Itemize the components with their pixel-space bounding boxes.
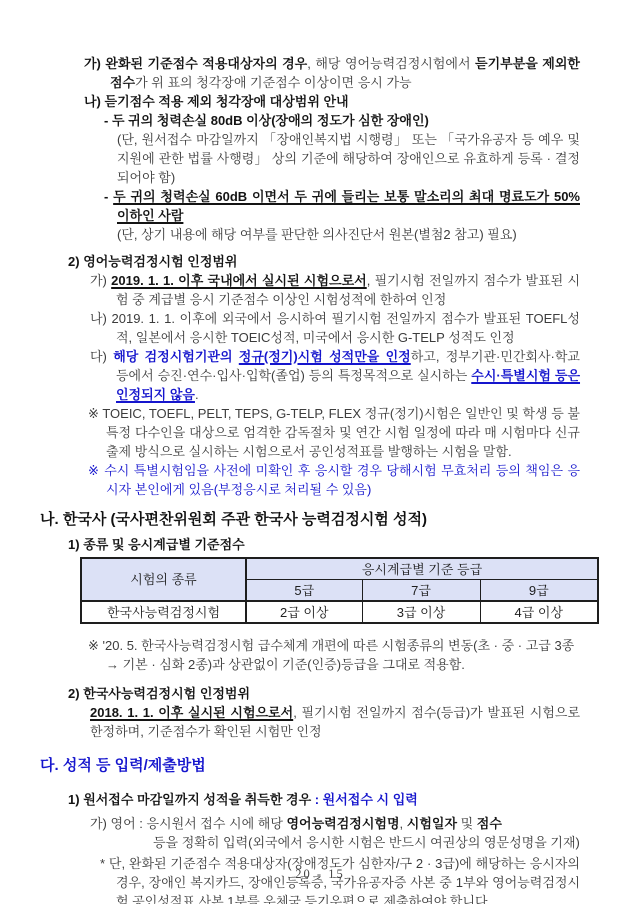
bold-underline-text: 두 귀의 청력손실 60dB 이면서 두 귀에 들리는 보통 말소리의 최대 명… (113, 189, 580, 223)
text: 가 위 표의 청각장애 기준점수 이상이면 응시 가능 (135, 75, 411, 90)
blue-text: 수시 특별시험임을 사전에 미확인 후 응시할 경우 당해시험 무효처리 등의 … (104, 463, 580, 497)
grade-table: 시험의 종류 응시계급별 기준 등급 5급 7급 9급 한국사능력검정시험 2급… (80, 557, 599, 624)
section-submit-title: 다. 성적 등 입력/제출방법 (40, 755, 640, 776)
marker: 가) (90, 816, 107, 831)
item-2-ga: 가) 2019. 1. 1. 이후 국내에서 실시된 시험으로서, 필기시험 전… (90, 271, 640, 309)
reference-mark-icon: ※ (88, 463, 100, 478)
item-na-hearing-range-title: 나) 듣기점수 적용 제외 청각장애 대상범위 안내 (84, 92, 640, 111)
dash-marker: - (104, 189, 108, 204)
table-col1-header: 시험의 종류 (81, 558, 246, 601)
section-2-title: 2) 영어능력검정시험 인정범위 (68, 252, 640, 271)
marker: 1) (68, 792, 80, 807)
note-regular-exams: ※ TOEIC, TOEFL, PELT, TEPS, G-TELP, FLEX… (88, 404, 640, 461)
recognition-2018: 2018. 1. 1. 이후 실시된 시험으로서, 필기시험 전일까지 점수(등… (90, 703, 640, 741)
bold-text: 한국사능력검정시험 인정범위 (83, 686, 250, 701)
marker: 나. (40, 511, 59, 528)
grade-header: 7급 (362, 580, 480, 602)
item-2-da: 다) 해당 검정시험기관의 정규(정기)시험 성적만을 인정하고, 정부기관·민… (90, 347, 640, 404)
dash-item-60db: - 두 귀의 청력손실 60dB 이면서 두 귀에 들리는 보통 말소리의 최대… (104, 187, 640, 225)
document-page: 가) 완화된 기준점수 적용대상자의 경우, 해당 영어능력검정시험에서 듣기부… (0, 0, 640, 904)
marker: 가) (90, 273, 107, 288)
table-row: 한국사능력검정시험 2급 이상 3급 이상 4급 이상 (81, 601, 598, 623)
bold-underline-text: 2019. 1. 1. 이후 국내에서 실시된 시험으로서 (111, 273, 367, 288)
grade-header: 5급 (246, 580, 362, 602)
heading-text: 성적 등 입력/제출방법 (63, 757, 206, 774)
marker: 1) (68, 537, 80, 552)
value-cell: 3급 이상 (362, 601, 480, 623)
table-note-line1: ※ '20. 5. 한국사능력검정시험 급수체계 개편에 따른 시험종류의 변동… (88, 636, 640, 655)
text: TOEIC, TOEFL, PELT, TEPS, G-TELP, FLEX 정… (102, 406, 580, 459)
dash-item-80db: - 두 귀의 청력손실 80dB 이상(장애의 정도가 심한 장애인) (104, 111, 640, 130)
subsection-1-title: 1) 종류 및 응시계급별 기준점수 (68, 535, 640, 554)
note-special-exams: ※ 수시 특별시험임을 사전에 미확인 후 응시할 경우 당해시험 무효처리 등… (88, 461, 640, 499)
table-note-line2: → 기본 · 심화 2종)과 상관없이 기준(인증)등급을 그대로 적용함. (106, 655, 640, 674)
text: 2019. 1. 1. 이후에 외국에서 응시하여 필기시험 전일까지 점수가 … (112, 311, 580, 345)
table-group-header: 응시계급별 기준 등급 (246, 558, 598, 580)
value-cell: 4급 이상 (480, 601, 598, 623)
item-2-na: 나) 2019. 1. 1. 이후에 외국에서 응시하여 필기시험 전일까지 점… (90, 309, 640, 347)
heading-text: 한국사 (국사편찬위원회 주관 한국사 능력검정시험 성적) (63, 511, 427, 528)
bold-text: 영어능력검정시험 인정범위 (83, 254, 237, 269)
text: → 기본 · 심화 2종)과 상관없이 기준(인증)등급을 그대로 적용함. (106, 657, 465, 672)
text: 및 (457, 816, 477, 831)
table-header-row: 시험의 종류 응시계급별 기준 등급 (81, 558, 598, 580)
bold-text: 점수 (477, 816, 502, 831)
text: 영어 : 응시원서 접수 시에 해당 (111, 816, 287, 831)
submit-ga-line2: 등을 정확히 입력(외국에서 응시한 시험은 반드시 여권상의 영문성명을 기재… (153, 833, 640, 852)
marker: 다. (40, 757, 59, 774)
value-cell: 2급 이상 (246, 601, 362, 623)
subsection-2-title: 2) 한국사능력검정시험 인정범위 (68, 684, 640, 703)
marker: 가) (84, 56, 101, 71)
bold-text: 완화된 기준점수 적용대상자의 경우 (105, 56, 307, 71)
marker: 나) (84, 94, 101, 109)
marker: 2) (68, 254, 80, 269)
text: , 해당 영어능력검정시험에서 (307, 56, 475, 71)
blue-bold-text: 해당 검정시험기관의 (113, 349, 239, 364)
grade-header: 9급 (480, 580, 598, 602)
marker: 다) (90, 349, 107, 364)
paren-note-doctor-certificate: (단, 상기 내용에 해당 여부를 판단한 의사진단서 원본(별첨2 참고) 필… (117, 225, 640, 244)
bold-text: 두 귀의 청력손실 80dB 이상(장애의 정도가 심한 장애인) (112, 113, 429, 128)
bold-underline-text: 2018. 1. 1. 이후 실시된 시험으로서 (90, 705, 293, 720)
paren-note-registration: (단, 원서접수 마감일까지 「장애인복지법 시행령」 또는 「국가유공자 등 … (117, 130, 640, 187)
reference-mark-icon: ※ (88, 638, 99, 653)
text: '20. 5. 한국사능력검정시험 급수체계 개편에 따른 시험종류의 변동(초… (103, 638, 575, 653)
submit-ga-line1: 가) 영어 : 응시원서 접수 시에 해당 영어능력검정시험명, 시험일자 및 … (90, 814, 640, 833)
page-number: 20 - 15 (0, 865, 640, 884)
reference-mark-icon: ※ (88, 406, 99, 421)
marker: 2) (68, 686, 80, 701)
blue-bold-text: : 원서접수 시 입력 (311, 792, 418, 807)
bold-text: 영어능력검정시험명 (287, 816, 400, 831)
dash-marker: - (104, 113, 108, 128)
marker: 나) (90, 311, 107, 326)
blue-bold-underline-text: 정규(정기)시험 성적만을 인정 (239, 349, 411, 364)
bold-text: 시험일자 (407, 816, 457, 831)
text: . (195, 387, 199, 402)
text: (단, 상기 내용에 해당 여부를 판단한 의사진단서 원본(별첨2 참고) 필… (117, 227, 517, 242)
item-ga-listening-exclusion: 가) 완화된 기준점수 적용대상자의 경우, 해당 영어능력검정시험에서 듣기부… (84, 54, 640, 92)
text: 등을 정확히 입력(외국에서 응시한 시험은 반드시 여권상의 영문성명을 기재… (153, 835, 580, 850)
section-korean-history-title: 나. 한국사 (국사편찬위원회 주관 한국사 능력검정시험 성적) (40, 509, 640, 530)
bold-text: 종류 및 응시계급별 기준점수 (83, 537, 245, 552)
bold-text: 듣기점수 적용 제외 청각장애 대상범위 안내 (105, 94, 349, 109)
text: (단, 원서접수 마감일까지 「장애인복지법 시행령」 또는 「국가유공자 등 … (117, 132, 580, 185)
text: , (400, 816, 407, 831)
exam-name-cell: 한국사능력검정시험 (81, 601, 246, 623)
submit-1-title: 1) 원서접수 마감일까지 성적을 취득한 경우 : 원서접수 시 입력 (68, 790, 640, 809)
bold-text: 원서접수 마감일까지 성적을 취득한 경우 (83, 792, 311, 807)
